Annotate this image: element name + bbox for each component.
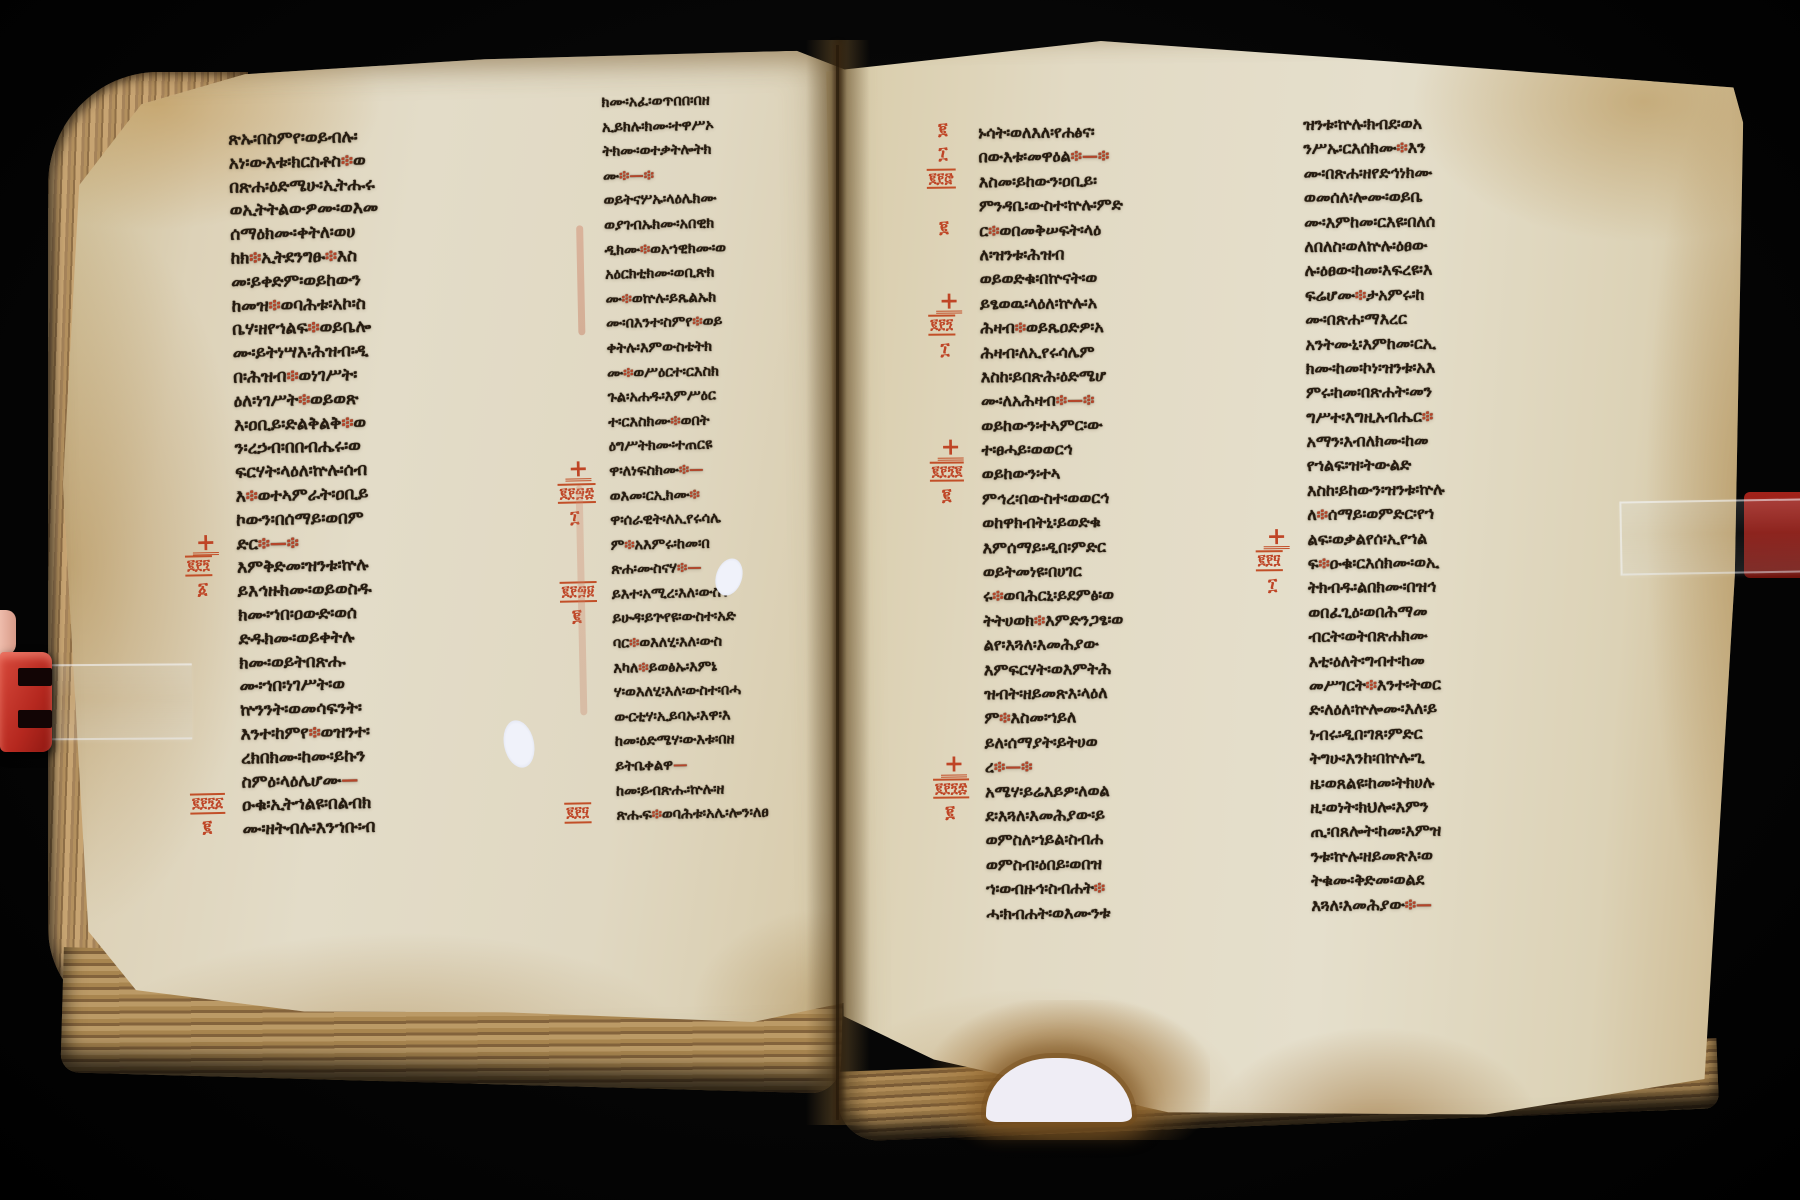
- text-line: ጽሑፍ፨ወባሕቱ፡አሌ፡ሎን፡ለፀ: [616, 799, 831, 828]
- red-gutter-ornament: [576, 225, 585, 335]
- text-line: ሩ፨ወባሕርኒ፡ይደምፅ፡ወ: [983, 582, 1278, 609]
- text-line: ምንዳቤ፡ውስተ፡ኵሉ፡ምድ: [979, 191, 1274, 218]
- text-line: ይፄወዉ፡ላዕለ፡ኵሉ፡አ: [980, 289, 1275, 316]
- text-line: ወይትመነዩ፡በሀገር: [983, 557, 1278, 584]
- text-line: ሙ፡ለአሕዛብ፨—፨: [981, 386, 1276, 413]
- text-line: ትቁሙ፡ቅድመ፡ወልደ: [1311, 866, 1601, 893]
- text-line: ክሙ፡ከመ፡ኮነ፡ዝንቱ፡አእ: [1306, 354, 1596, 381]
- text-line: ወምስብ፡ዕበይ፡ወበዝ: [986, 850, 1281, 877]
- margin-number: ፲: [940, 339, 949, 359]
- margin-number: ፪፻፺፰: [933, 778, 969, 799]
- text-line: ደ፡እጓለ፡እመሕያው፡ይ: [985, 801, 1280, 828]
- margin-number: ፪፻፺፩: [190, 793, 226, 814]
- gutter-crease: [836, 45, 839, 1120]
- text-line: ለ፡ዝንቱ፡ሕዝብ: [979, 240, 1274, 267]
- text-line: እምሰማይ፡ዲበ፡ምድር: [983, 533, 1278, 560]
- text-column-2: ክሙ፡አፈ፡ወጥበበ፡በዘኢይክሉ፡ክሙ፡ተዋሥኦትክሙ፡ወተቃትሎትክሙ፨—፨…: [601, 86, 831, 828]
- text-line: ፍሬሆሙ፨ታአምሩ፡ከ: [1305, 281, 1595, 308]
- text-line: ረ፨—፨: [985, 752, 1280, 779]
- text-line: ግሥተ፡እግዚአብሔር፨: [1306, 403, 1596, 430]
- margin-number: ፪፻፺፪: [930, 461, 965, 482]
- text-line: እስከ፡ይከውን፡ዝንቱ፡ኵሉ: [1307, 476, 1597, 503]
- margin-number: ፪: [939, 217, 949, 237]
- text-column-3: ኑሳት፡ወለእለ፡የሐፅና፡በውእቱ፡መዋዕል፨—፨እስመ፡ይከውን፡ዐቢይ፡ም…: [978, 118, 1281, 926]
- text-line: ምሩ፡ከመ፡በጽሐት፡መን: [1306, 378, 1596, 405]
- manuscript-photo: ጽኡ፡በስምየ፡ወይብሉ፡አነ፡ውእቱ፡ክርስቶስ፨ወበጽሐ፡ዕድሜሁ፡ኢትሑሩ…: [0, 0, 1800, 1200]
- text-line: ወምስለ፡ኀይል፡ስብሐ: [986, 825, 1281, 852]
- margin-number: ፪፻፶: [564, 803, 591, 824]
- text-line: የኀልፍ፡ዝ፡ትውልድ: [1307, 451, 1597, 478]
- margin-cross: +: [936, 290, 962, 314]
- text-line: እስመ፡ይከውን፡ዐቢይ፡: [979, 167, 1274, 194]
- text-line: ተ፡ፀሓይ፡ወወርኅ: [981, 435, 1276, 462]
- text-line: ወይወድቁ፡በኵናት፡ወ: [980, 265, 1275, 292]
- text-line: ኑሳት፡ወለእለ፡የሐፅና፡: [978, 118, 1273, 145]
- text-line: ወይከውን፡ተኣ: [982, 460, 1277, 487]
- text-line: ትክብዱ፡ልበክሙ፡በዝኅ: [1308, 573, 1598, 600]
- margin-number: ፪፻፸: [927, 168, 956, 189]
- text-line: ሙ፡በጽሐ፡ማእረር: [1305, 305, 1595, 332]
- text-line: ዜ፡ወጸልዩ፡ከመ፡ትክሀሉ: [1310, 768, 1600, 795]
- margin-cross: +: [192, 532, 219, 556]
- margin-number: ፪፻፺: [928, 315, 955, 336]
- text-line: ወይከውን፡ተኣምር፡ው: [981, 411, 1276, 438]
- text-line: ሕዛብ፨ወይጼዐድዎ፡አ: [980, 313, 1275, 340]
- margin-cross: +: [937, 437, 963, 461]
- margin-number: ፪: [942, 486, 952, 506]
- text-line: ንቱ፡ኵሉ፡ዘይመጽእ፡ወ: [1311, 842, 1601, 869]
- text-line: ለ፨ሰማይ፡ወምድር፡የኀ: [1307, 500, 1597, 527]
- text-line: አንትሙኒ፡እምከመ፡ርኢ: [1305, 329, 1595, 356]
- text-line: ም፨እስመ፡ኀይለ: [984, 704, 1279, 731]
- text-line: ምኅረ፡በውስተ፡ወወርኅ: [982, 484, 1277, 511]
- text-line: ዝብት፡ዘይመጽእ፡ላዕለ: [984, 679, 1279, 706]
- text-line: ሙ፡በጽሐ፡ዘየድኅነክሙ: [1304, 159, 1594, 186]
- text-line: እስከ፡ይበጽሕ፡ዕድሜሆ: [981, 362, 1276, 389]
- text-line: ብርት፡ወትበጽሐክሙ: [1308, 622, 1598, 649]
- text-line: ይለ፡ሰማያት፡ይትሀወ: [985, 728, 1280, 755]
- text-line: እምፍርሃት፡ወእምትሕ: [984, 655, 1279, 682]
- text-line: ንሥኡ፡ርእሰክሙ፨እን: [1303, 134, 1593, 161]
- margin-cross: +: [565, 458, 592, 482]
- text-line: ልየ፡እጓለ፡እመሕያው: [984, 630, 1279, 657]
- text-line: ር፨ወበመቅሠፍት፡ላዕ: [979, 216, 1274, 243]
- text-line: ሙ፡እምከመ፡ርእዩ፡በለሰ: [1304, 207, 1594, 234]
- margin-number: ፩: [197, 579, 208, 599]
- text-line: ለበለስ፡ወለኵሉ፡ዕፀው: [1304, 232, 1594, 259]
- text-line: ትግሁ፡እንከ፡በኵሉ፡ጊ: [1310, 744, 1600, 771]
- red-clip-slot: [18, 668, 52, 686]
- margin-number: ፲: [938, 144, 947, 164]
- text-line: አሜሃ፡ይሬእይዎ፡ለወል: [985, 777, 1280, 804]
- text-column-1: ጽኡ፡በስምየ፡ወይብሉ፡አነ፡ውእቱ፡ክርስቶስ፨ወበጽሐ፡ዕድሜሁ፡ኢትሑሩ…: [228, 122, 548, 842]
- margin-number: ፪: [945, 803, 955, 823]
- text-line: ሙ፡ዘትብሉ፡እንኀቡ፡ብ: [242, 812, 547, 842]
- text-line: ዚ፡ወነት፡ክህሎ፡እምን: [1310, 793, 1600, 820]
- text-line: መሥገርት፨እንተ፡ትወር: [1309, 671, 1599, 698]
- text-line: ሉ፡ዕፀው፡ከመ፡እፍረዩ፡እ: [1305, 256, 1595, 283]
- text-line: ልፍ፡ወቃልየሰ፡ኢየኀል: [1307, 524, 1597, 551]
- text-line: ነብሩ፡ዲበ፡ገጸ፡ምድር: [1309, 720, 1599, 747]
- text-line: ወበፈጊዕ፡ወበሕማመ: [1308, 598, 1598, 625]
- margin-cross: +: [1263, 526, 1289, 550]
- text-line: አማን፡እብለክሙ፡ከመ: [1306, 427, 1596, 454]
- text-line: በውእቱ፡መዋዕል፨—፨: [978, 143, 1273, 170]
- margin-number: ፪፻፶: [1256, 550, 1283, 571]
- text-line: እቲ፡ዕለት፡ግብተ፡ከመ: [1309, 646, 1599, 673]
- text-line: ወከዋክብትኒ፡ይወድቁ: [982, 508, 1277, 535]
- margin-number: ፲: [1268, 575, 1277, 595]
- text-column-4: ዝንቱ፡ኵሉ፡ክብደ፡ወአንሥኡ፡ርእሰክሙ፨እንሙ፡በጽሐ፡ዘየድኅነክሙወመ…: [1303, 110, 1601, 918]
- text-line: ጢ፡በጸሎት፡ከመ፡እምዝ: [1311, 817, 1601, 844]
- red-clip: [0, 652, 52, 752]
- fingertip: [0, 610, 16, 656]
- text-line: ሕዛብ፡ለኢየሩሳሌም: [980, 338, 1275, 365]
- right-page: ኑሳት፡ወለእለ፡የሐፅና፡በውእቱ፡መዋዕል፨—፨እስመ፡ይከውን፡ዐቢይ፡ም…: [820, 23, 1767, 1138]
- text-line: ድ፡ለዕለ፡ኵሎሙ፡እለ፡ይ: [1309, 695, 1599, 722]
- text-line: እጓለ፡እመሕያው፨—: [1311, 890, 1601, 917]
- text-line: ወመሰለ፡ሎሙ፡ወይቤ: [1304, 183, 1594, 210]
- text-line: ፍ፨ዑቁ፡ርእሰክሙ፡ወኢ: [1308, 549, 1598, 576]
- clear-strip-right: [1619, 498, 1800, 575]
- red-clip-slot: [18, 710, 52, 728]
- text-line: ሓ፡ክብሐት፡ወእሙንቱ: [986, 899, 1281, 926]
- margin-number: ፪: [202, 817, 212, 837]
- margin-number: ፪: [938, 120, 948, 140]
- left-page: ጽኡ፡በስምየ፡ወይብሉ፡አነ፡ውእቱ፡ክርስቶስ፨ወበጽሐ፡ዕድሜሁ፡ኢትሑሩ…: [45, 50, 866, 1062]
- text-line: ትትሀወክ፨እምድንጋፄ፡ወ: [983, 606, 1278, 633]
- margin-number: ፪፻፺: [185, 555, 212, 576]
- text-line: ዝንቱ፡ኵሉ፡ክብደ፡ወአ: [1303, 110, 1593, 137]
- margin-cross: +: [941, 754, 967, 778]
- text-line: ኀ፡ወብዙኅ፡ስብሐት፨: [986, 874, 1281, 901]
